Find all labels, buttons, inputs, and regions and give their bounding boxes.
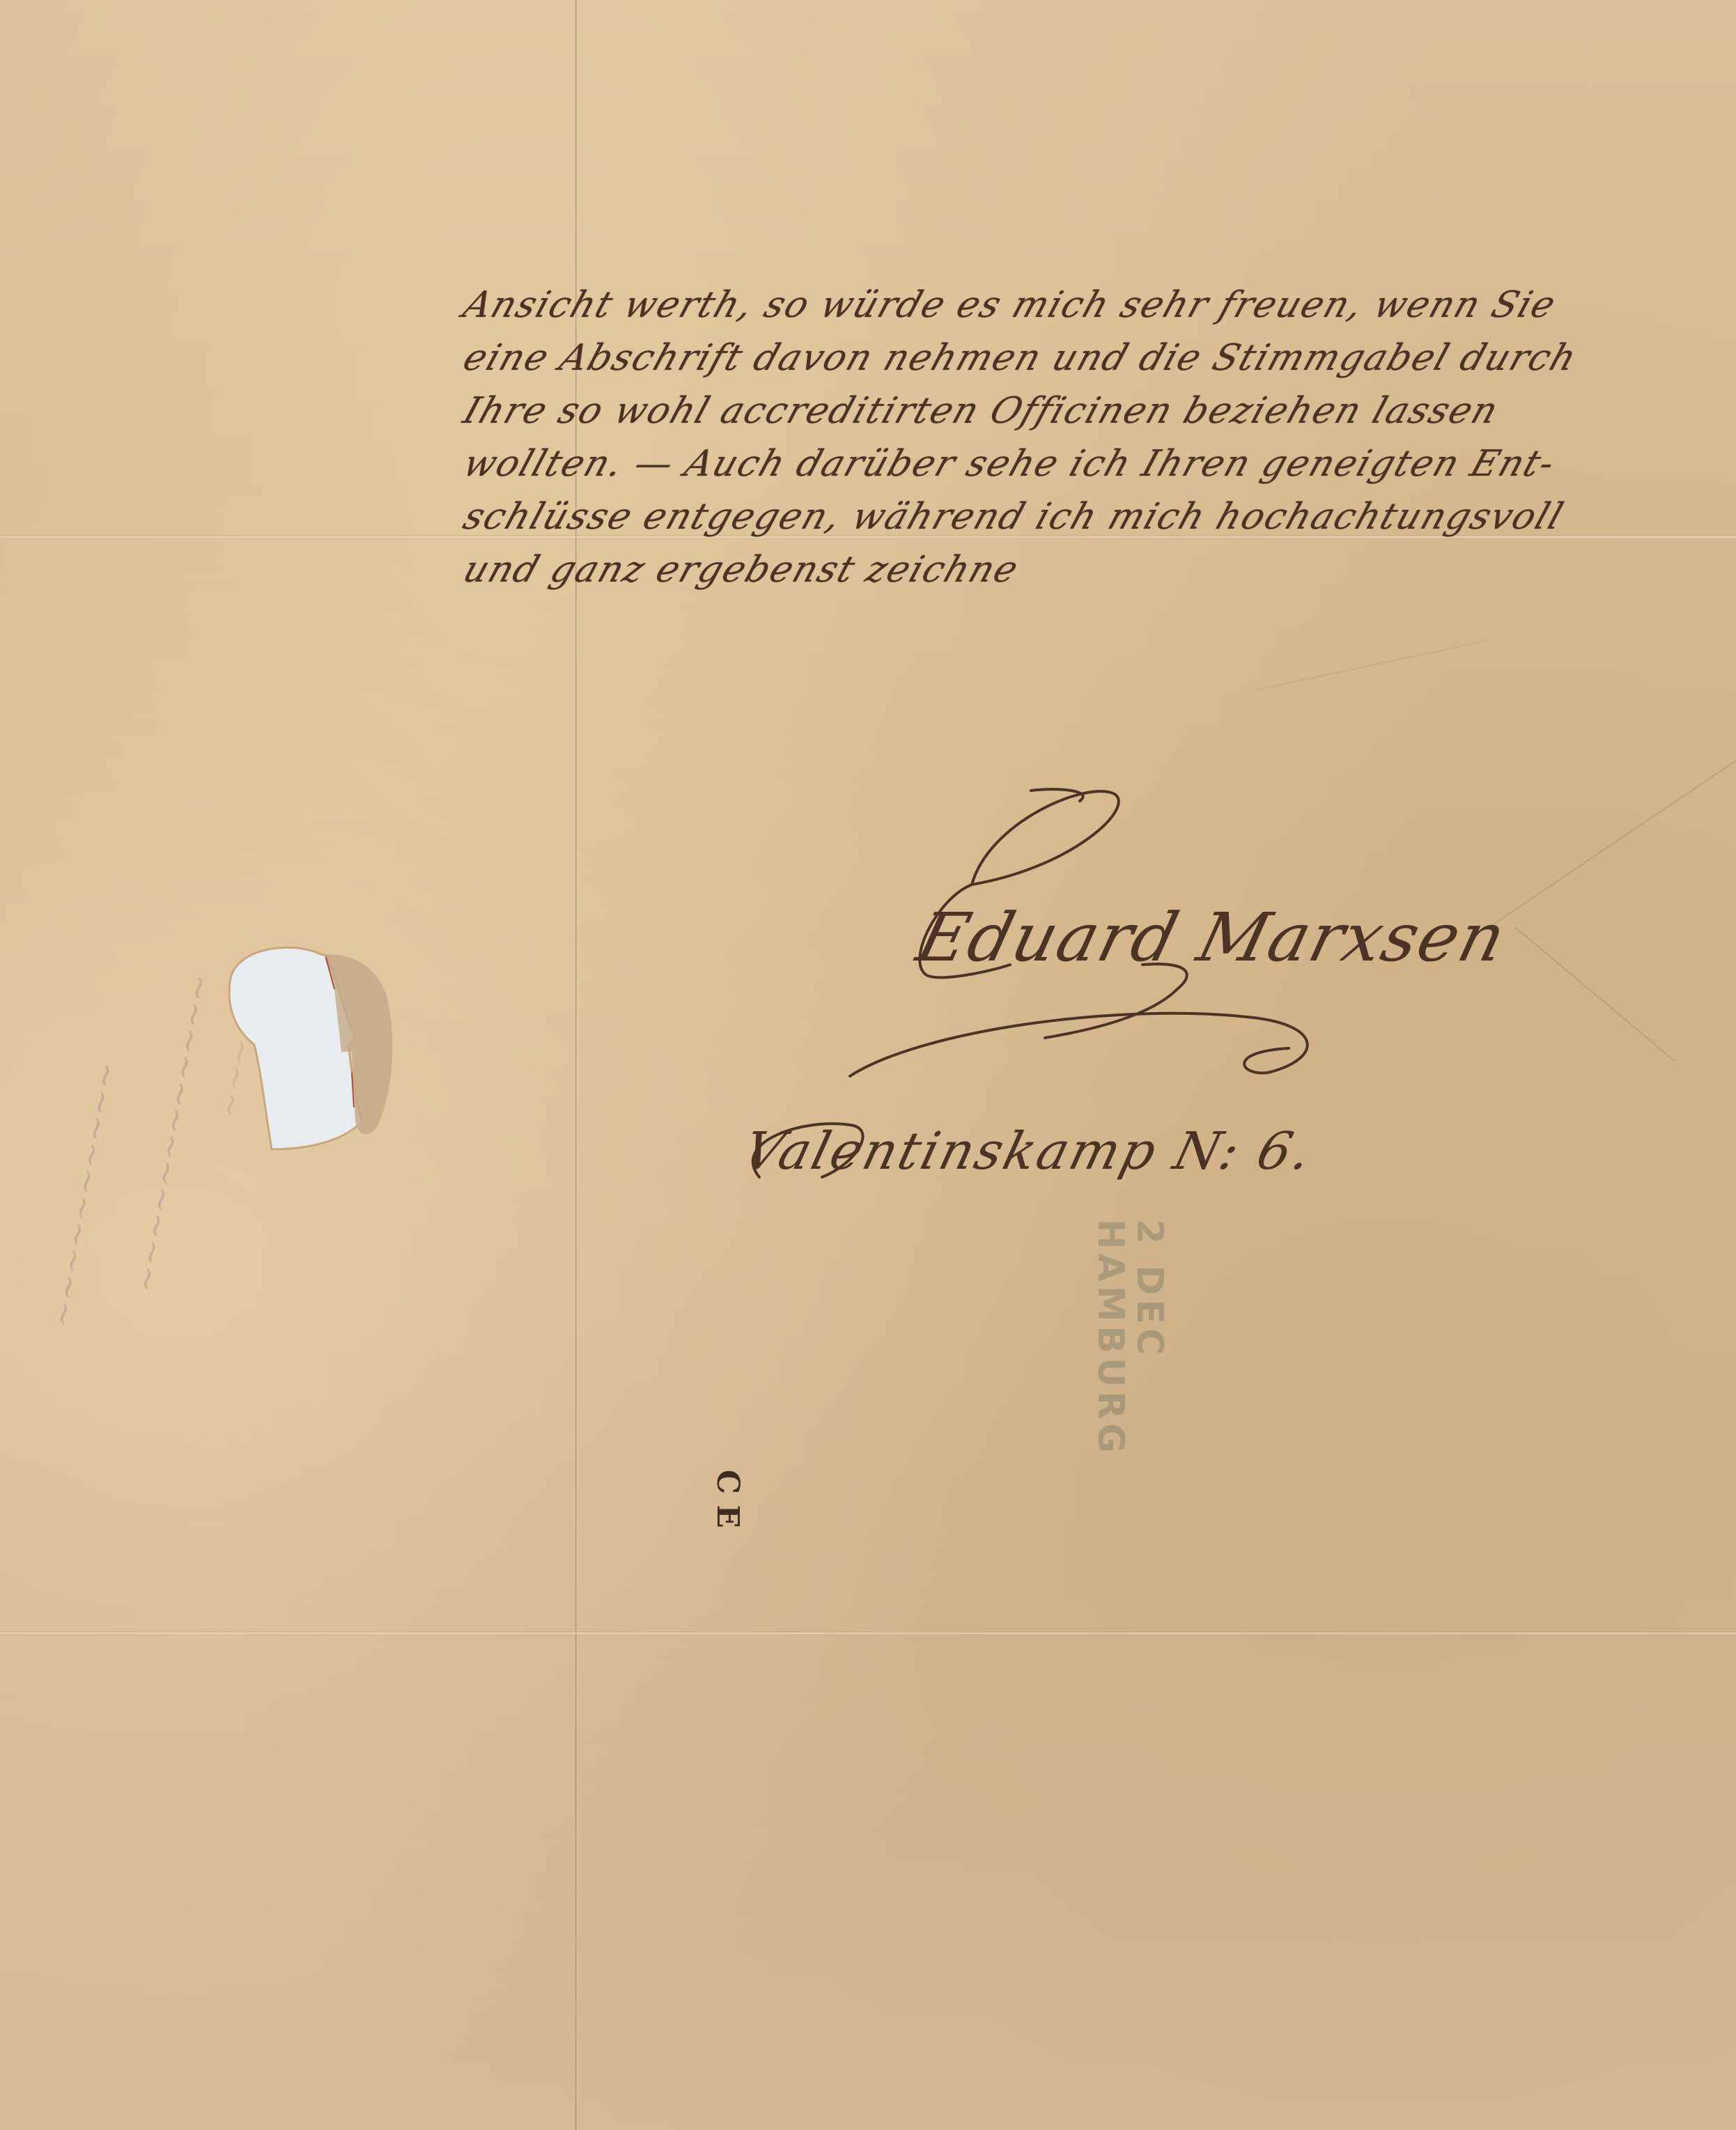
postmark-city: HAMBURG (1090, 1219, 1131, 1457)
letter-line: schlüsse entgegen, während ich mich hoch… (456, 490, 1736, 543)
letter-line: Ihre so wohl accreditirten Officinen bez… (456, 384, 1736, 437)
letter-line: und ganz ergebenst zeichne (456, 543, 1736, 596)
letter-page: ~~~~~~~~~~ ~~~~~~~~~~~~ ~~~~~ Ansicht we… (0, 0, 1736, 2130)
sender-address: Valentinskamp N: 6. (738, 1121, 1319, 1181)
letter-line: wollten. — Auch darüber sehe ich Ihren g… (456, 437, 1736, 490)
bleed-through-writing: ~~~~~~~~~~ (42, 1059, 125, 1330)
letter-body: Ansicht werth, so würde es mich sehr fre… (456, 279, 1724, 596)
torn-hole (223, 940, 404, 1170)
horizontal-fold-line (0, 1631, 1736, 1635)
signature: Eduard Marxsen (910, 899, 1514, 977)
margin-mark: C E (710, 1470, 745, 1528)
bleed-through-writing: ~~~~~~~~~~~~ (125, 972, 218, 1296)
diagonal-crease (1484, 743, 1736, 931)
paper-wrinkle (1254, 639, 1493, 691)
postmark-date: 2 DEC (1129, 1219, 1170, 1359)
postmark-stamp: 2 DEC HAMBURG (1090, 1219, 1170, 1457)
letter-line: Ansicht werth, so würde es mich sehr fre… (456, 279, 1736, 332)
letter-line: eine Abschrift davon nehmen und die Stim… (456, 332, 1736, 384)
diagonal-crease (1514, 926, 1675, 1062)
